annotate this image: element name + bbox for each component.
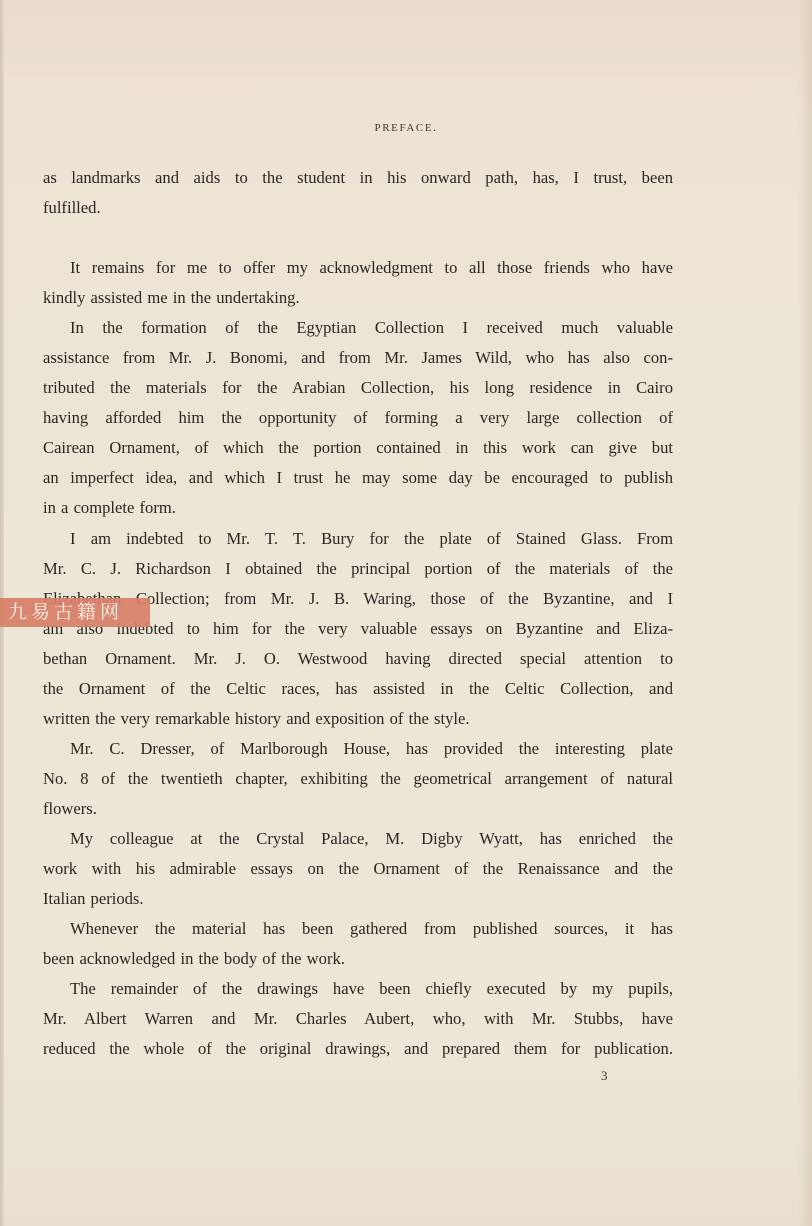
text-line: in a complete form. [43, 493, 673, 523]
text-line: Mr. C. J. Richardson I obtained the prin… [43, 554, 673, 584]
text-line: kindly assisted me in the undertaking. [43, 283, 673, 313]
text-line: In the formation of the Egyptian Collect… [43, 313, 673, 343]
text-line: having afforded him the opportunity of f… [43, 403, 673, 433]
running-head: PREFACE. [0, 122, 812, 134]
text-line: Whenever the material has been gathered … [43, 914, 673, 944]
paragraph-stained-glass: I am indebted to Mr. T. T. Bury for the … [43, 524, 673, 734]
text-line: My colleague at the Crystal Palace, M. D… [43, 824, 673, 854]
paragraph-acknowledgment: It remains for me to offer my acknowledg… [43, 253, 673, 313]
text-line: reduced the whole of the original drawin… [43, 1034, 673, 1064]
text-line: an imperfect idea, and which I trust he … [43, 463, 673, 493]
paragraph-wyatt: My colleague at the Crystal Palace, M. D… [43, 824, 673, 914]
text-line: Mr. Albert Warren and Mr. Charles Aubert… [43, 1004, 673, 1034]
paragraph-dresser: Mr. C. Dresser, of Marlborough House, ha… [43, 734, 673, 824]
text-line: Cairean Ornament, of which the portion c… [43, 433, 673, 463]
watermark-banner: 九易古籍网 [0, 598, 150, 627]
text-line: No. 8 of the twentieth chapter, exhibiti… [43, 764, 673, 794]
text-line: work with his admirable essays on the Or… [43, 854, 673, 884]
text-line: tributed the materials for the Arabian C… [43, 373, 673, 403]
text-line: assistance from Mr. J. Bonomi, and from … [43, 343, 673, 373]
text-line: written the very remarkable history and … [43, 704, 673, 734]
text-line: fulfilled. [43, 193, 673, 223]
paragraph-continuation: as landmarks and aids to the student in … [43, 163, 673, 223]
text-line: It remains for me to offer my acknowledg… [43, 253, 673, 283]
text-line: I am indebted to Mr. T. T. Bury for the … [43, 524, 673, 554]
paragraph-pupils: The remainder of the drawings have been … [43, 974, 673, 1064]
text-line: as landmarks and aids to the student in … [43, 163, 673, 193]
text-line: been acknowledged in the body of the wor… [43, 944, 673, 974]
paragraph-gap [43, 223, 673, 253]
paragraph-egyptian: In the formation of the Egyptian Collect… [43, 313, 673, 523]
text-line: flowers. [43, 794, 673, 824]
text-line: Mr. C. Dresser, of Marlborough House, ha… [43, 734, 673, 764]
text-line: The remainder of the drawings have been … [43, 974, 673, 1004]
text-line: bethan Ornament. Mr. J. O. Westwood havi… [43, 644, 673, 674]
page-edge-right [798, 0, 812, 1226]
text-line: Italian periods. [43, 884, 673, 914]
text-line: the Ornament of the Celtic races, has as… [43, 674, 673, 704]
page-number: 3 [601, 1068, 608, 1084]
paragraph-sources: Whenever the material has been gathered … [43, 914, 673, 974]
